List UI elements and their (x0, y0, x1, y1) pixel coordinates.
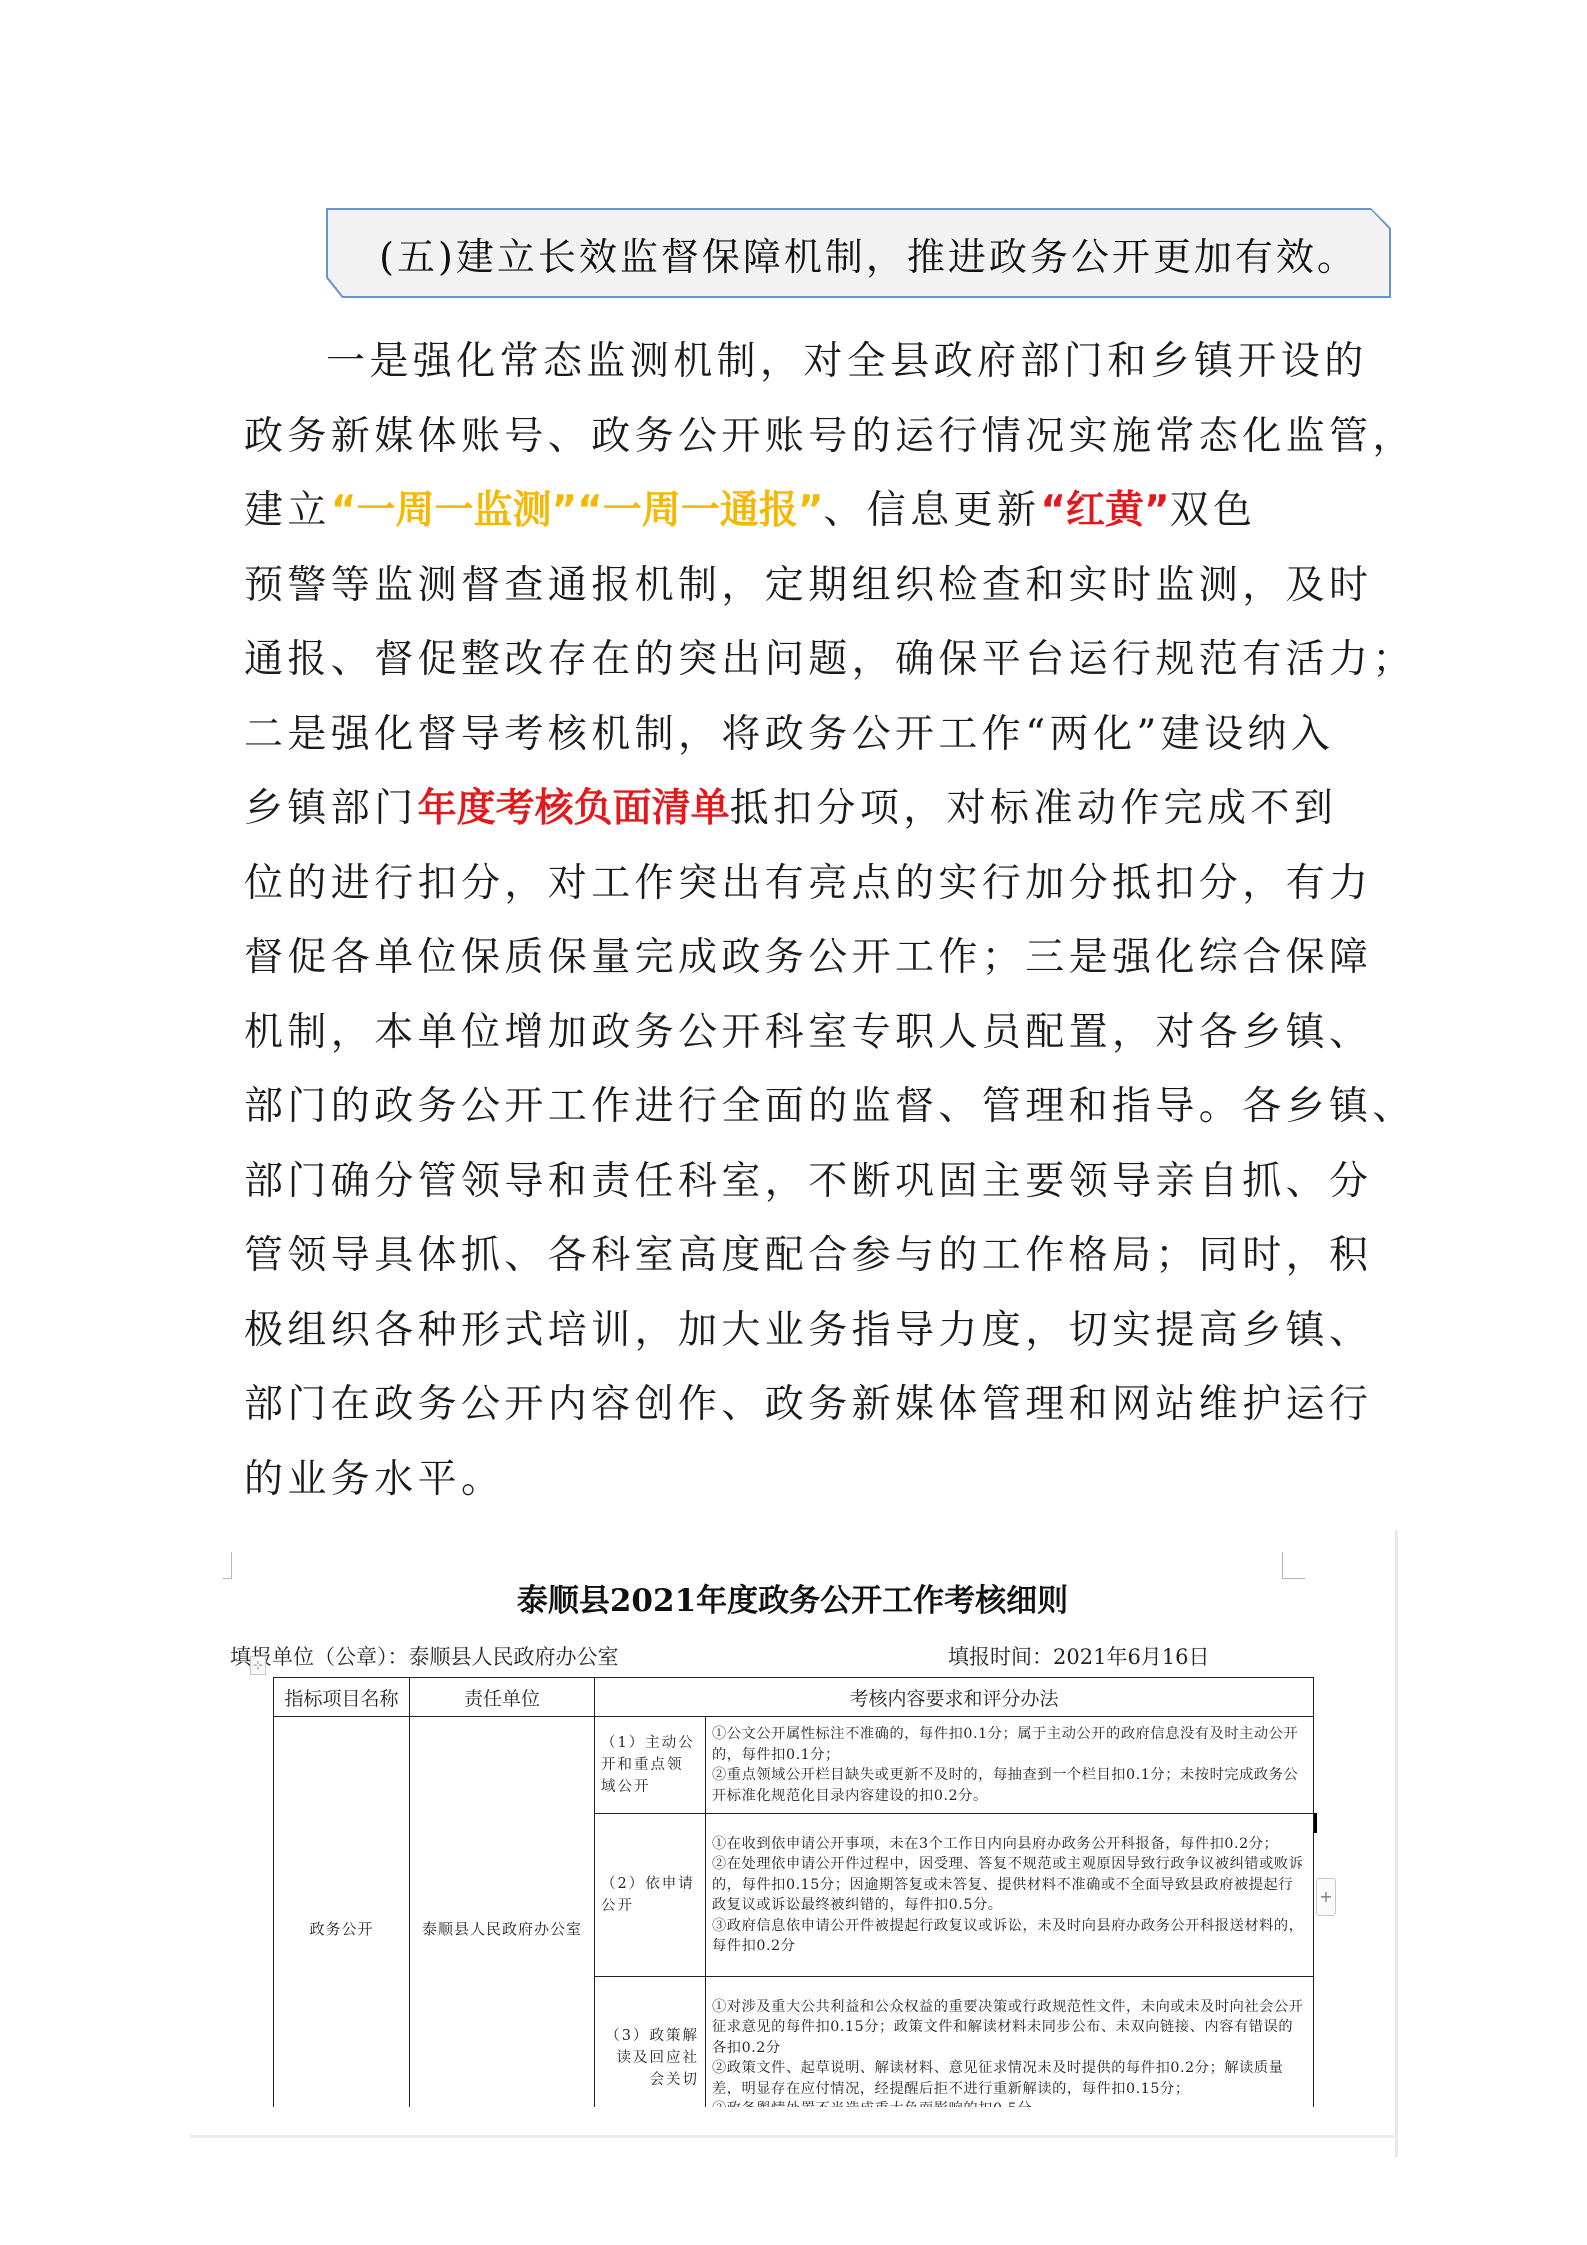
rule-text: ③政府信息依申请公开件被提起行政复议或诉讼，未及时向县府办政务公开科报送材料的，… (712, 1916, 1307, 1957)
body-line: 部门确分管领导和责任科室，不断巩固主要领导亲自抓、分 (244, 1145, 1359, 1220)
body-text-segment: 位的进行扣分，对工作突出有亮点的实行加分抵扣分，有力 (244, 861, 1372, 906)
section-heading: (五)建立长效监督保障机制，推进政务公开更加有效。 (359, 226, 1358, 281)
body-line: 建立“一周一监测”“一周一通报”、信息更新“红黄”双色 (244, 474, 1359, 549)
highlighted-text: “一周一监测”“一周一通报” (331, 488, 824, 533)
highlighted-text: “红黄” (1040, 488, 1169, 533)
rule-text: ②重点领域公开栏目缺失或更新不及时的，每抽查到一个栏目扣0.1分；未按时完成政务… (712, 1765, 1307, 1806)
body-text-segment: 部门的政务公开工作进行全面的监督、管理和指导。各乡镇、 (244, 1084, 1416, 1129)
body-text-segment: 的业务水平。 (244, 1457, 504, 1502)
body-line: 位的进行扣分，对工作突出有亮点的实行加分抵扣分，有力 (244, 847, 1359, 922)
highlighted-text: 年度考核负面清单 (418, 786, 730, 831)
body-text-segment: 乡镇部门 (244, 786, 418, 831)
table-header-row: 指标项目名称 责任单位 考核内容要求和评分办法 (274, 1678, 1314, 1717)
rule-text: ③政务舆情处置不当造成重大负面影响的扣0.5分。 (712, 2099, 1307, 2107)
body-line: 部门的政务公开工作进行全面的监督、管理和指导。各乡镇、 (244, 1070, 1359, 1145)
body-text-segment: 督促各单位保质保量完成政务公开工作；三是强化综合保障 (244, 935, 1372, 980)
body-text-segment: 通报、督促整改存在的突出问题，确保平台运行规范有活力； (244, 637, 1416, 682)
rule-text: ①在收到依申请公开事项，未在3个工作日内向县府办政务公开科报备，每件扣0.2分； (712, 1834, 1307, 1855)
body-text-segment: 管领导具体抓、各科室高度配合参与的工作格局；同时，积 (244, 1233, 1372, 1278)
rule-text: ②政策文件、起草说明、解读材料、意见征求情况未及时提供的每件扣0.2分；解读质量… (712, 2058, 1307, 2099)
rules-cell: ①在收到依申请公开事项，未在3个工作日内向县府办政务公开科报备，每件扣0.2分；… (706, 1814, 1314, 1977)
rule-text: ①公文公开属性标注不准确的，每件扣0.1分；属于主动公开的政府信息没有及时主动公… (712, 1724, 1307, 1765)
body-line: 二是强化督导考核机制，将政务公开工作“两化”建设纳入 (244, 698, 1359, 773)
body-line: 政务新媒体账号、政务公开账号的运行情况实施常态化监管， (244, 400, 1359, 475)
header-unit: 责任单位 (410, 1678, 595, 1717)
fill-unit-label: 填报单位（公章）：泰顺县人民政府办公室 (230, 1641, 619, 1671)
body-text-segment: 部门确分管领导和责任科室，不断巩固主要领导亲自抓、分 (244, 1159, 1372, 1204)
body-text-segment: 、信息更新 (823, 488, 1040, 533)
body-line: 通报、督促整改存在的突出问题，确保平台运行规范有活力； (244, 623, 1359, 698)
assessment-table-viewport: 指标项目名称 责任单位 考核内容要求和评分办法 政务公开 泰顺县人民政府办公室 … (180, 1670, 1340, 2107)
body-paragraph: 一是强化常态监测机制，对全县政府部门和乡镇开设的政务新媒体账号、政务公开账号的运… (244, 325, 1359, 1517)
body-text-segment: 部门在政务公开内容创作、政务新媒体管理和网站维护运行 (244, 1382, 1372, 1427)
body-text-segment: 极组织各种形式培训，加大业务指导力度，切实提高乡镇、 (244, 1308, 1372, 1353)
indicator-cell: 政务公开 (274, 1717, 410, 2108)
body-line: 管领导具体抓、各科室高度配合参与的工作格局；同时，积 (244, 1219, 1359, 1294)
assessment-table: 指标项目名称 责任单位 考核内容要求和评分办法 政务公开 泰顺县人民政府办公室 … (273, 1677, 1314, 2107)
body-text-segment: 政务新媒体账号、政务公开账号的运行情况实施常态化监管， (244, 414, 1416, 459)
body-text-segment: 预警等监测督查通报机制，定期组织检查和实时监测，及时 (244, 563, 1372, 608)
body-text-segment: 建立 (244, 488, 331, 533)
body-line: 的业务水平。 (244, 1443, 1359, 1518)
body-text-segment: 抵扣分项，对标准动作完成不到 (730, 786, 1338, 831)
fill-time-label: 填报时间：2021年6月16日 (948, 1641, 1210, 1671)
rule-text: ②在处理依申请公开件过程中，因受理、答复不规范或主观原因导致行政争议被纠错或败诉… (712, 1854, 1307, 1916)
body-line: 机制，本单位增加政务公开科室专职人员配置，对各乡镇、 (244, 996, 1359, 1071)
rules-cell: ①对涉及重大公共利益和公众权益的重要决策或行政规范性文件，未向或未及时向社会公开… (706, 1977, 1314, 2108)
body-text-segment: 一是强化常态监测机制，对全县政府部门和乡镇开设的 (326, 339, 1368, 384)
sub-item-cell: （1）主动公开和重点领域公开 (595, 1717, 706, 1814)
unit-cell: 泰顺县人民政府办公室 (410, 1717, 595, 2108)
body-text-segment: 二是强化督导考核机制，将政务公开工作“两化”建设纳入 (244, 712, 1334, 757)
embedded-image-right-edge (1395, 1530, 1398, 2157)
add-row-button[interactable]: + (1316, 1878, 1336, 1916)
body-line: 预警等监测督查通报机制，定期组织检查和实时监测，及时 (244, 549, 1359, 624)
body-line: 极组织各种形式培训，加大业务指导力度，切实提高乡镇、 (244, 1294, 1359, 1369)
sub-item-cell: （3）政策解读及回应社会关切 (595, 1977, 706, 2108)
body-text-segment: 双色 (1170, 488, 1257, 533)
embedded-image-bottom-edge (190, 2135, 1398, 2138)
rules-cell: ①公文公开属性标注不准确的，每件扣0.1分；属于主动公开的政府信息没有及时主动公… (706, 1717, 1314, 1814)
body-line: 一是强化常态监测机制，对全县政府部门和乡镇开设的 (244, 325, 1359, 400)
text-cursor (1314, 1813, 1317, 1833)
embedded-doc-title: 泰顺县2021年度政务公开工作考核细则 (185, 1575, 1400, 1620)
sub-item-cell: （2）依申请公开 (595, 1814, 706, 1977)
header-criteria: 考核内容要求和评分办法 (595, 1678, 1314, 1717)
header-indicator: 指标项目名称 (274, 1678, 410, 1717)
body-line: 部门在政务公开内容创作、政务新媒体管理和网站维护运行 (244, 1368, 1359, 1443)
body-line: 乡镇部门年度考核负面清单抵扣分项，对标准动作完成不到 (244, 772, 1359, 847)
body-line: 督促各单位保质保量完成政务公开工作；三是强化综合保障 (244, 921, 1359, 996)
heading-fill: (五)建立长效监督保障机制，推进政务公开更加有效。 (328, 210, 1389, 296)
table-row: 政务公开 泰顺县人民政府办公室 （1）主动公开和重点领域公开 ①公文公开属性标注… (274, 1717, 1314, 1814)
body-text-segment: 机制，本单位增加政务公开科室专职人员配置，对各乡镇、 (244, 1010, 1372, 1055)
section-heading-box: (五)建立长效监督保障机制，推进政务公开更加有效。 (326, 208, 1391, 298)
rule-text: ①对涉及重大公共利益和公众权益的重要决策或行政规范性文件，未向或未及时向社会公开… (712, 1997, 1307, 2059)
